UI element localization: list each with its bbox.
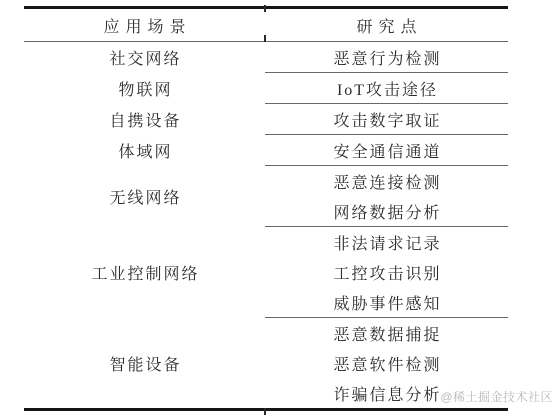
research-points-cell: 恶意连接检测网络数据分析 <box>265 166 508 227</box>
research-point: IoT攻击途径 <box>265 73 508 103</box>
table-group-row: 自携设备攻击数字取证 <box>24 104 508 135</box>
research-points-cell: 攻击数字取证 <box>265 104 508 135</box>
research-point: 网络数据分析 <box>265 196 508 226</box>
document-page: 应用场景 研究点 社交网络恶意行为检测物联网IoT攻击途径自携设备攻击数字取证体… <box>0 0 556 418</box>
research-points-cell: 安全通信通道 <box>265 135 508 166</box>
column-divider-tick-header <box>264 35 266 42</box>
scenario-cell: 物联网 <box>24 73 265 104</box>
table-body: 社交网络恶意行为检测物联网IoT攻击途径自携设备攻击数字取证体域网安全通信通道无… <box>24 42 508 408</box>
research-point: 恶意连接检测 <box>265 166 508 196</box>
research-point: 非法请求记录 <box>265 227 508 257</box>
research-point: 威胁事件感知 <box>265 287 508 317</box>
research-point: 工控攻击识别 <box>265 257 508 287</box>
scenario-cell: 社交网络 <box>24 42 265 73</box>
table-group-row: 体域网安全通信通道 <box>24 135 508 166</box>
research-point: 安全通信通道 <box>265 135 508 165</box>
column-divider-tick-top <box>264 5 266 12</box>
research-points-cell: IoT攻击途径 <box>265 73 508 104</box>
table-group-row: 无线网络恶意连接检测网络数据分析 <box>24 166 508 227</box>
table-group-row: 智能设备恶意数据捕捉恶意软件检测诈骗信息分析 <box>24 318 508 408</box>
column-divider-tick-bottom <box>264 408 266 415</box>
scenario-cell: 自携设备 <box>24 104 265 135</box>
scenario-cell: 智能设备 <box>24 318 265 408</box>
table-group-row: 物联网IoT攻击途径 <box>24 73 508 104</box>
table-group-row: 社交网络恶意行为检测 <box>24 42 508 73</box>
research-point: 恶意软件检测 <box>265 348 508 378</box>
research-point: 恶意行为检测 <box>265 42 508 72</box>
column-header-scenario: 应用场景 <box>24 9 265 41</box>
research-point: 攻击数字取证 <box>265 104 508 134</box>
research-points-cell: 恶意行为检测 <box>265 42 508 73</box>
table-group-row: 工业控制网络非法请求记录工控攻击识别威胁事件感知 <box>24 227 508 318</box>
watermark: @稀土掘金技术社区 <box>440 388 553 405</box>
research-points-cell: 非法请求记录工控攻击识别威胁事件感知 <box>265 227 508 318</box>
scenario-cell: 工业控制网络 <box>24 227 265 318</box>
scenario-cell: 体域网 <box>24 135 265 166</box>
research-point: 恶意数据捕捉 <box>265 318 508 348</box>
column-header-research: 研究点 <box>265 9 508 41</box>
table-header-row: 应用场景 研究点 <box>24 9 508 42</box>
scenario-cell: 无线网络 <box>24 166 265 227</box>
research-scenarios-table: 应用场景 研究点 社交网络恶意行为检测物联网IoT攻击途径自携设备攻击数字取证体… <box>24 6 508 411</box>
